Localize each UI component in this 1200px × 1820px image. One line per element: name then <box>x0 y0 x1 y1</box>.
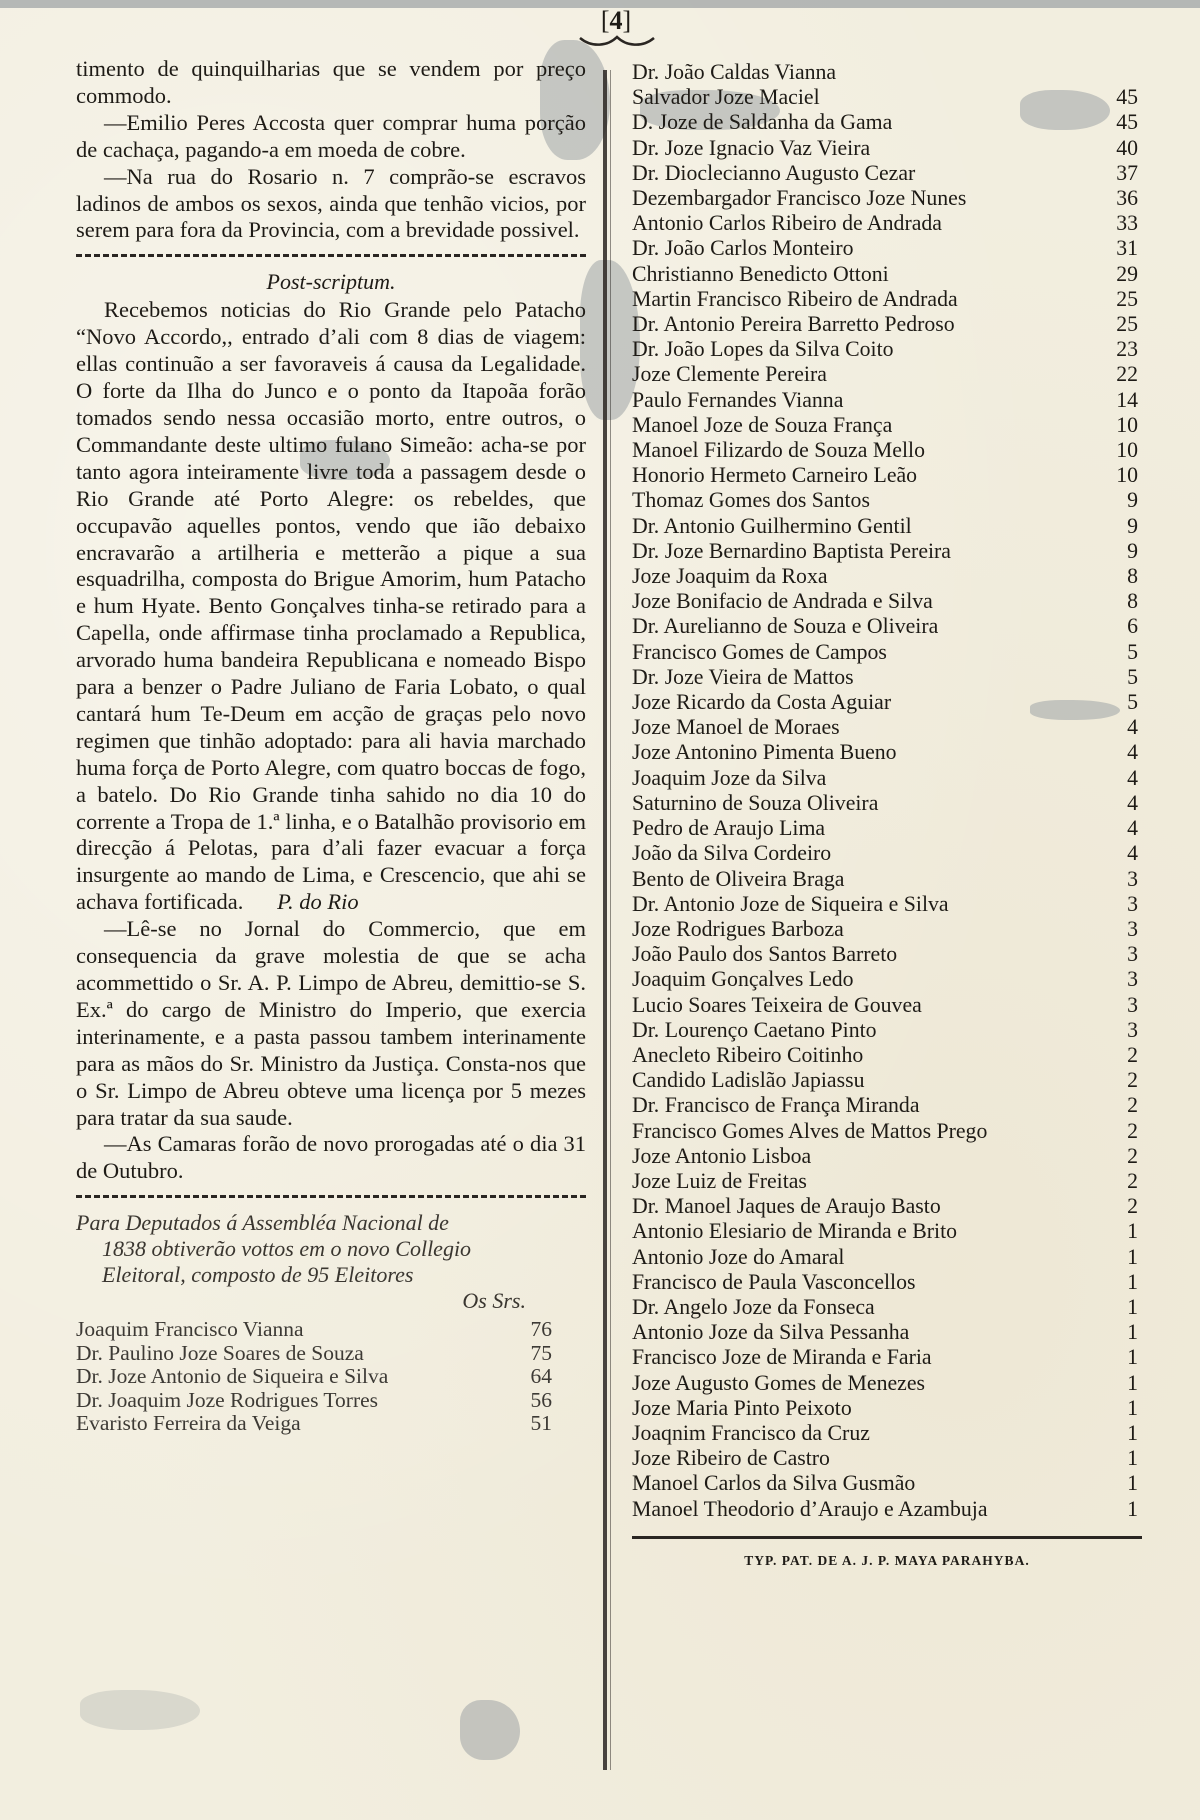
vote-row: Paulo Fernandes Vianna14 <box>632 388 1142 413</box>
candidate-name: Joze Antonio Lisboa <box>632 1144 811 1169</box>
candidate-name: Dr. Joze Ignacio Vaz Vieira <box>632 136 870 161</box>
vote-row: Joaquim Gonçalves Ledo3 <box>632 967 1142 992</box>
vote-row: Joze Clemente Pereira22 <box>632 362 1142 387</box>
vote-row: Francisco Gomes Alves de Mattos Prego2 <box>632 1119 1142 1144</box>
candidate-name: Salvador Joze Maciel <box>632 85 820 110</box>
vote-list-right: Dr. João Caldas ViannaSalvador Joze Maci… <box>632 60 1142 1522</box>
vote-row: Joze Rodrigues Barboza3 <box>632 917 1142 942</box>
candidate-name: Joze Clemente Pereira <box>632 362 827 387</box>
page-number: [4] <box>586 6 646 36</box>
vote-count: 14 <box>1102 388 1142 413</box>
brace-ornament-icon <box>578 34 656 48</box>
candidate-name: Dr. Joze Vieira de Mattos <box>632 665 854 690</box>
vote-count: 1 <box>1102 1245 1142 1270</box>
vote-row: Antonio Joze do Amaral1 <box>632 1245 1142 1270</box>
vote-count: 6 <box>1102 614 1142 639</box>
vote-row: Dr. Francisco de França Miranda2 <box>632 1093 1142 1118</box>
vote-row: Joze Bonifacio de Andrada e Silva8 <box>632 589 1142 614</box>
vote-row: Lucio Soares Teixeira de Gouvea3 <box>632 993 1142 1018</box>
advert-paragraph: —Na rua do Rosario n. 7 comprão-se escra… <box>76 164 586 245</box>
stain <box>460 1700 520 1760</box>
vote-count: 25 <box>1102 312 1142 337</box>
news-paragraph: —Lê-se no Jornal do Commercio, que em co… <box>76 916 586 1131</box>
margin-handwritten-note: 310 <box>0 1410 4 1449</box>
vote-row: Antonio Carlos Ribeiro de Andrada33 <box>632 211 1142 236</box>
candidate-name: Antonio Joze da Silva Pessanha <box>632 1320 909 1345</box>
election-header-salutation: Os Srs. <box>76 1288 586 1314</box>
vote-row: Dr. Paulino Joze Soares de Souza75 <box>76 1342 586 1366</box>
candidate-name: Dr. João Lopes da Silva Coito <box>632 337 894 362</box>
vote-row: Honorio Hermeto Carneiro Leão10 <box>632 463 1142 488</box>
news-paragraph: Recebemos noticias do Rio Grande pelo Pa… <box>76 297 586 916</box>
vote-row: Candido Ladislão Japiassu2 <box>632 1068 1142 1093</box>
vote-row: Joze Ricardo da Costa Aguiar5 <box>632 690 1142 715</box>
candidate-name: Manoel Theodorio d’Araujo e Azambuja <box>632 1497 988 1522</box>
vote-count: 1 <box>1102 1345 1142 1370</box>
vote-count: 3 <box>1102 917 1142 942</box>
vote-row: Dr. João Caldas Vianna <box>632 60 1142 85</box>
vote-row: Saturnino de Souza Oliveira4 <box>632 791 1142 816</box>
candidate-name: Candido Ladislão Japiassu <box>632 1068 864 1093</box>
vote-count: 2 <box>1102 1093 1142 1118</box>
candidate-name: Francisco de Paula Vasconcellos <box>632 1270 916 1295</box>
vote-list-left: Joaquim Francisco Vianna76 Dr. Paulino J… <box>76 1318 586 1436</box>
candidate-name: Pedro de Araujo Lima <box>632 816 825 841</box>
vote-row: Dr. Dioclecianno Augusto Cezar37 <box>632 161 1142 186</box>
vote-count: 2 <box>1102 1068 1142 1093</box>
candidate-name: Christianno Benedicto Ottoni <box>632 262 889 287</box>
vote-count: 31 <box>1102 236 1142 261</box>
vote-row: Antonio Elesiario de Miranda e Brito1 <box>632 1219 1142 1244</box>
candidate-name: Dr. Antonio Pereira Barretto Pedroso <box>632 312 955 337</box>
vote-count: 10 <box>1102 463 1142 488</box>
candidate-name: Francisco Gomes de Campos <box>632 640 887 665</box>
vote-row: João da Silva Cordeiro4 <box>632 841 1142 866</box>
vote-row: João Paulo dos Santos Barreto3 <box>632 942 1142 967</box>
vote-row: Salvador Joze Maciel45 <box>632 85 1142 110</box>
vote-count: 5 <box>1102 665 1142 690</box>
vote-count: 9 <box>1102 539 1142 564</box>
vote-count: 4 <box>1102 791 1142 816</box>
vote-count: 1 <box>1102 1371 1142 1396</box>
vote-row: Dr. Antonio Pereira Barretto Pedroso25 <box>632 312 1142 337</box>
candidate-name: Dr. Dioclecianno Augusto Cezar <box>632 161 915 186</box>
vote-row: Dr. João Carlos Monteiro31 <box>632 236 1142 261</box>
vote-count: 51 <box>516 1412 556 1436</box>
printer-imprint: TYP. PAT. DE A. J. P. MAYA PARAHYBA. <box>632 1553 1142 1569</box>
vote-row: Joze Maria Pinto Peixoto1 <box>632 1396 1142 1421</box>
vote-count: 9 <box>1102 488 1142 513</box>
vote-count: 2 <box>1102 1119 1142 1144</box>
vote-row: Joze Antonino Pimenta Bueno4 <box>632 740 1142 765</box>
candidate-name: Dr. Manoel Jaques de Araujo Basto <box>632 1194 941 1219</box>
candidate-name: Dr. Joze Bernardino Baptista Pereira <box>632 539 951 564</box>
vote-count: 10 <box>1102 438 1142 463</box>
vote-count: 1 <box>1102 1219 1142 1244</box>
candidate-name: Antonio Elesiario de Miranda e Brito <box>632 1219 957 1244</box>
vote-row: Evaristo Ferreira da Veiga51 <box>76 1412 586 1436</box>
vote-count: 1 <box>1102 1471 1142 1496</box>
candidate-name: Antonio Joze do Amaral <box>632 1245 844 1270</box>
vote-row: Dr. Joaquim Joze Rodrigues Torres56 <box>76 1389 586 1413</box>
candidate-name: Dr. Joaquim Joze Rodrigues Torres <box>76 1389 378 1413</box>
section-rule <box>76 254 586 257</box>
vote-row: Anecleto Ribeiro Coitinho2 <box>632 1043 1142 1068</box>
candidate-name: Manoel Filizardo de Souza Mello <box>632 438 925 463</box>
candidate-name: Antonio Carlos Ribeiro de Andrada <box>632 211 942 236</box>
candidate-name: Joaquim Gonçalves Ledo <box>632 967 854 992</box>
vote-row: Dr. Joze Antonio de Siqueira e Silva64 <box>76 1365 586 1389</box>
vote-count: 4 <box>1102 816 1142 841</box>
news-paragraph: —As Camaras forão de novo prorogadas até… <box>76 1131 586 1185</box>
candidate-name: Joze Antonino Pimenta Bueno <box>632 740 897 765</box>
vote-row: Joaqnim Francisco da Cruz1 <box>632 1421 1142 1446</box>
candidate-name: Francisco Joze de Miranda e Faria <box>632 1345 932 1370</box>
vote-count: 4 <box>1102 715 1142 740</box>
vote-count: 5 <box>1102 690 1142 715</box>
vote-row: Martin Francisco Ribeiro de Andrada25 <box>632 287 1142 312</box>
vote-count: 3 <box>1102 892 1142 917</box>
vote-row: Francisco de Paula Vasconcellos1 <box>632 1270 1142 1295</box>
vote-count: 9 <box>1102 514 1142 539</box>
source-signature: P. do Rio <box>277 889 358 914</box>
vote-count: 56 <box>516 1389 556 1413</box>
vote-row: Dr. Antonio Joze de Siqueira e Silva3 <box>632 892 1142 917</box>
vote-count: 36 <box>1102 186 1142 211</box>
candidate-name: Saturnino de Souza Oliveira <box>632 791 878 816</box>
vote-count: 45 <box>1102 110 1142 135</box>
vote-count: 29 <box>1102 262 1142 287</box>
vote-row: Bento de Oliveira Braga3 <box>632 867 1142 892</box>
vote-row: Francisco Gomes de Campos5 <box>632 640 1142 665</box>
candidate-name: Joaqnim Francisco da Cruz <box>632 1421 870 1446</box>
vote-row: Antonio Joze da Silva Pessanha1 <box>632 1320 1142 1345</box>
vote-count: 2 <box>1102 1144 1142 1169</box>
candidate-name: Lucio Soares Teixeira de Gouvea <box>632 993 922 1018</box>
candidate-name: Thomaz Gomes dos Santos <box>632 488 870 513</box>
vote-row: Dr. Joze Bernardino Baptista Pereira9 <box>632 539 1142 564</box>
candidate-name: Manoel Joze de Souza França <box>632 413 892 438</box>
candidate-name: Dr. Antonio Guilhermino Gentil <box>632 514 912 539</box>
vote-count: 8 <box>1102 564 1142 589</box>
vote-count: 4 <box>1102 766 1142 791</box>
vote-row: Joze Ribeiro de Castro1 <box>632 1446 1142 1471</box>
vote-count: 10 <box>1102 413 1142 438</box>
advert-paragraph: —Emilio Peres Accosta quer comprar huma … <box>76 110 586 164</box>
candidate-name: Dr. Aurelianno de Souza e Oliveira <box>632 614 938 639</box>
candidate-name: Martin Francisco Ribeiro de Andrada <box>632 287 958 312</box>
vote-row: Joze Augusto Gomes de Menezes1 <box>632 1371 1142 1396</box>
vote-count: 1 <box>1102 1421 1142 1446</box>
candidate-name: João da Silva Cordeiro <box>632 841 831 866</box>
vote-count: 4 <box>1102 841 1142 866</box>
candidate-name: Joze Rodrigues Barboza <box>632 917 844 942</box>
vote-row: Joaquim Francisco Vianna76 <box>76 1318 586 1342</box>
election-header-line: 1838 obtiverão vottos em o novo Collegio <box>76 1236 586 1262</box>
vote-count: 25 <box>1102 287 1142 312</box>
vote-row: Joaquim Joze da Silva4 <box>632 766 1142 791</box>
vote-row: Manoel Filizardo de Souza Mello10 <box>632 438 1142 463</box>
vote-row: Dr. Joze Ignacio Vaz Vieira40 <box>632 136 1142 161</box>
vote-count: 76 <box>516 1318 556 1342</box>
vote-count: 2 <box>1102 1169 1142 1194</box>
vote-count: 2 <box>1102 1043 1142 1068</box>
candidate-name: Manoel Carlos da Silva Gusmão <box>632 1471 915 1496</box>
bracket-left: [ <box>601 6 610 35</box>
vote-row: Dr. Antonio Guilhermino Gentil9 <box>632 514 1142 539</box>
candidate-name: Dr. João Carlos Monteiro <box>632 236 854 261</box>
newspaper-page: [4] 310 timento de quinquilharias que se… <box>0 0 1200 1820</box>
candidate-name: Joaquim Joze da Silva <box>632 766 826 791</box>
vote-row: Francisco Joze de Miranda e Faria1 <box>632 1345 1142 1370</box>
candidate-name: Dr. Joze Antonio de Siqueira e Silva <box>76 1365 388 1389</box>
vote-count: 1 <box>1102 1446 1142 1471</box>
vote-row: Dr. João Lopes da Silva Coito23 <box>632 337 1142 362</box>
section-rule <box>76 1195 586 1198</box>
candidate-name: Joze Ribeiro de Castro <box>632 1446 830 1471</box>
vote-count: 3 <box>1102 1018 1142 1043</box>
right-column: Dr. João Caldas ViannaSalvador Joze Maci… <box>632 56 1142 1569</box>
column-divider-thin <box>610 70 611 1770</box>
candidate-name: Joze Ricardo da Costa Aguiar <box>632 690 891 715</box>
vote-count: 3 <box>1102 967 1142 992</box>
vote-count: 33 <box>1102 211 1142 236</box>
vote-row: Joze Manoel de Moraes4 <box>632 715 1142 740</box>
vote-row: Manoel Joze de Souza França10 <box>632 413 1142 438</box>
vote-row: Dr. Manoel Jaques de Araujo Basto2 <box>632 1194 1142 1219</box>
news-text: Recebemos noticias do Rio Grande pelo Pa… <box>76 297 586 914</box>
vote-row: Dr. Joze Vieira de Mattos5 <box>632 665 1142 690</box>
vote-row: Dr. Aurelianno de Souza e Oliveira6 <box>632 614 1142 639</box>
vote-count: 75 <box>516 1342 556 1366</box>
vote-count: 8 <box>1102 589 1142 614</box>
candidate-name: Honorio Hermeto Carneiro Leão <box>632 463 917 488</box>
candidate-name: Joze Luiz de Freitas <box>632 1169 807 1194</box>
left-column: timento de quinquilharias que se vendem … <box>76 56 586 1436</box>
vote-count: 5 <box>1102 640 1142 665</box>
candidate-name: Joze Joaquim da Roxa <box>632 564 828 589</box>
candidate-name: Joze Augusto Gomes de Menezes <box>632 1371 925 1396</box>
candidate-name: Joze Maria Pinto Peixoto <box>632 1396 852 1421</box>
candidate-name: Joze Bonifacio de Andrada e Silva <box>632 589 933 614</box>
postscript-title: Post-scriptum. <box>76 269 586 295</box>
vote-row: Manoel Carlos da Silva Gusmão1 <box>632 1471 1142 1496</box>
footer-rule <box>632 1536 1142 1539</box>
candidate-name: Francisco Gomes Alves de Mattos Prego <box>632 1119 987 1144</box>
candidate-name: Dr. João Caldas Vianna <box>632 60 836 85</box>
vote-count: 1 <box>1102 1396 1142 1421</box>
candidate-name: Dr. Angelo Joze da Fonseca <box>632 1295 875 1320</box>
vote-count: 1 <box>1102 1270 1142 1295</box>
candidate-name: Dr. Lourenço Caetano Pinto <box>632 1018 877 1043</box>
candidate-name: Bento de Oliveira Braga <box>632 867 844 892</box>
vote-row: Dr. Lourenço Caetano Pinto3 <box>632 1018 1142 1043</box>
vote-count: 1 <box>1102 1320 1142 1345</box>
candidate-name: Dezembargador Francisco Joze Nunes <box>632 186 966 211</box>
vote-count: 64 <box>516 1365 556 1389</box>
vote-count: 23 <box>1102 337 1142 362</box>
election-header-line: Para Deputados á Assembléa Nacional de <box>76 1210 586 1236</box>
vote-count: 3 <box>1102 867 1142 892</box>
candidate-name: Joaquim Francisco Vianna <box>76 1318 304 1342</box>
bracket-right: ] <box>623 6 632 35</box>
vote-row: Thomaz Gomes dos Santos9 <box>632 488 1142 513</box>
candidate-name: Anecleto Ribeiro Coitinho <box>632 1043 863 1068</box>
vote-row: D. Joze de Saldanha da Gama45 <box>632 110 1142 135</box>
advert-paragraph: timento de quinquilharias que se vendem … <box>76 56 586 110</box>
vote-count: 40 <box>1102 136 1142 161</box>
vote-row: Manoel Theodorio d’Araujo e Azambuja1 <box>632 1497 1142 1522</box>
vote-row: Pedro de Araujo Lima4 <box>632 816 1142 841</box>
vote-row: Christianno Benedicto Ottoni29 <box>632 262 1142 287</box>
election-header-line: Eleitoral, composto de 95 Eleitores <box>76 1262 586 1288</box>
candidate-name: D. Joze de Saldanha da Gama <box>632 110 892 135</box>
vote-row: Dr. Angelo Joze da Fonseca1 <box>632 1295 1142 1320</box>
vote-count: 2 <box>1102 1194 1142 1219</box>
candidate-name: Dr. Francisco de França Miranda <box>632 1093 920 1118</box>
vote-count: 3 <box>1102 993 1142 1018</box>
candidate-name: Joze Manoel de Moraes <box>632 715 840 740</box>
vote-count: 37 <box>1102 161 1142 186</box>
vote-count: 22 <box>1102 362 1142 387</box>
column-divider <box>603 70 607 1770</box>
candidate-name: Dr. Antonio Joze de Siqueira e Silva <box>632 892 949 917</box>
vote-row: Dezembargador Francisco Joze Nunes36 <box>632 186 1142 211</box>
vote-count: 4 <box>1102 740 1142 765</box>
vote-row: Joze Joaquim da Roxa8 <box>632 564 1142 589</box>
vote-count: 3 <box>1102 942 1142 967</box>
candidate-name: Evaristo Ferreira da Veiga <box>76 1412 301 1436</box>
vote-count: 45 <box>1102 85 1142 110</box>
candidate-name: Paulo Fernandes Vianna <box>632 388 843 413</box>
election-header: Para Deputados á Assembléa Nacional de 1… <box>76 1210 586 1314</box>
candidate-name: João Paulo dos Santos Barreto <box>632 942 897 967</box>
vote-row: Joze Antonio Lisboa2 <box>632 1144 1142 1169</box>
candidate-name: Dr. Paulino Joze Soares de Souza <box>76 1342 364 1366</box>
page-number-value: 4 <box>610 6 623 35</box>
vote-count: 1 <box>1102 1497 1142 1522</box>
vote-count: 1 <box>1102 1295 1142 1320</box>
stain <box>80 1690 200 1730</box>
vote-row: Joze Luiz de Freitas2 <box>632 1169 1142 1194</box>
